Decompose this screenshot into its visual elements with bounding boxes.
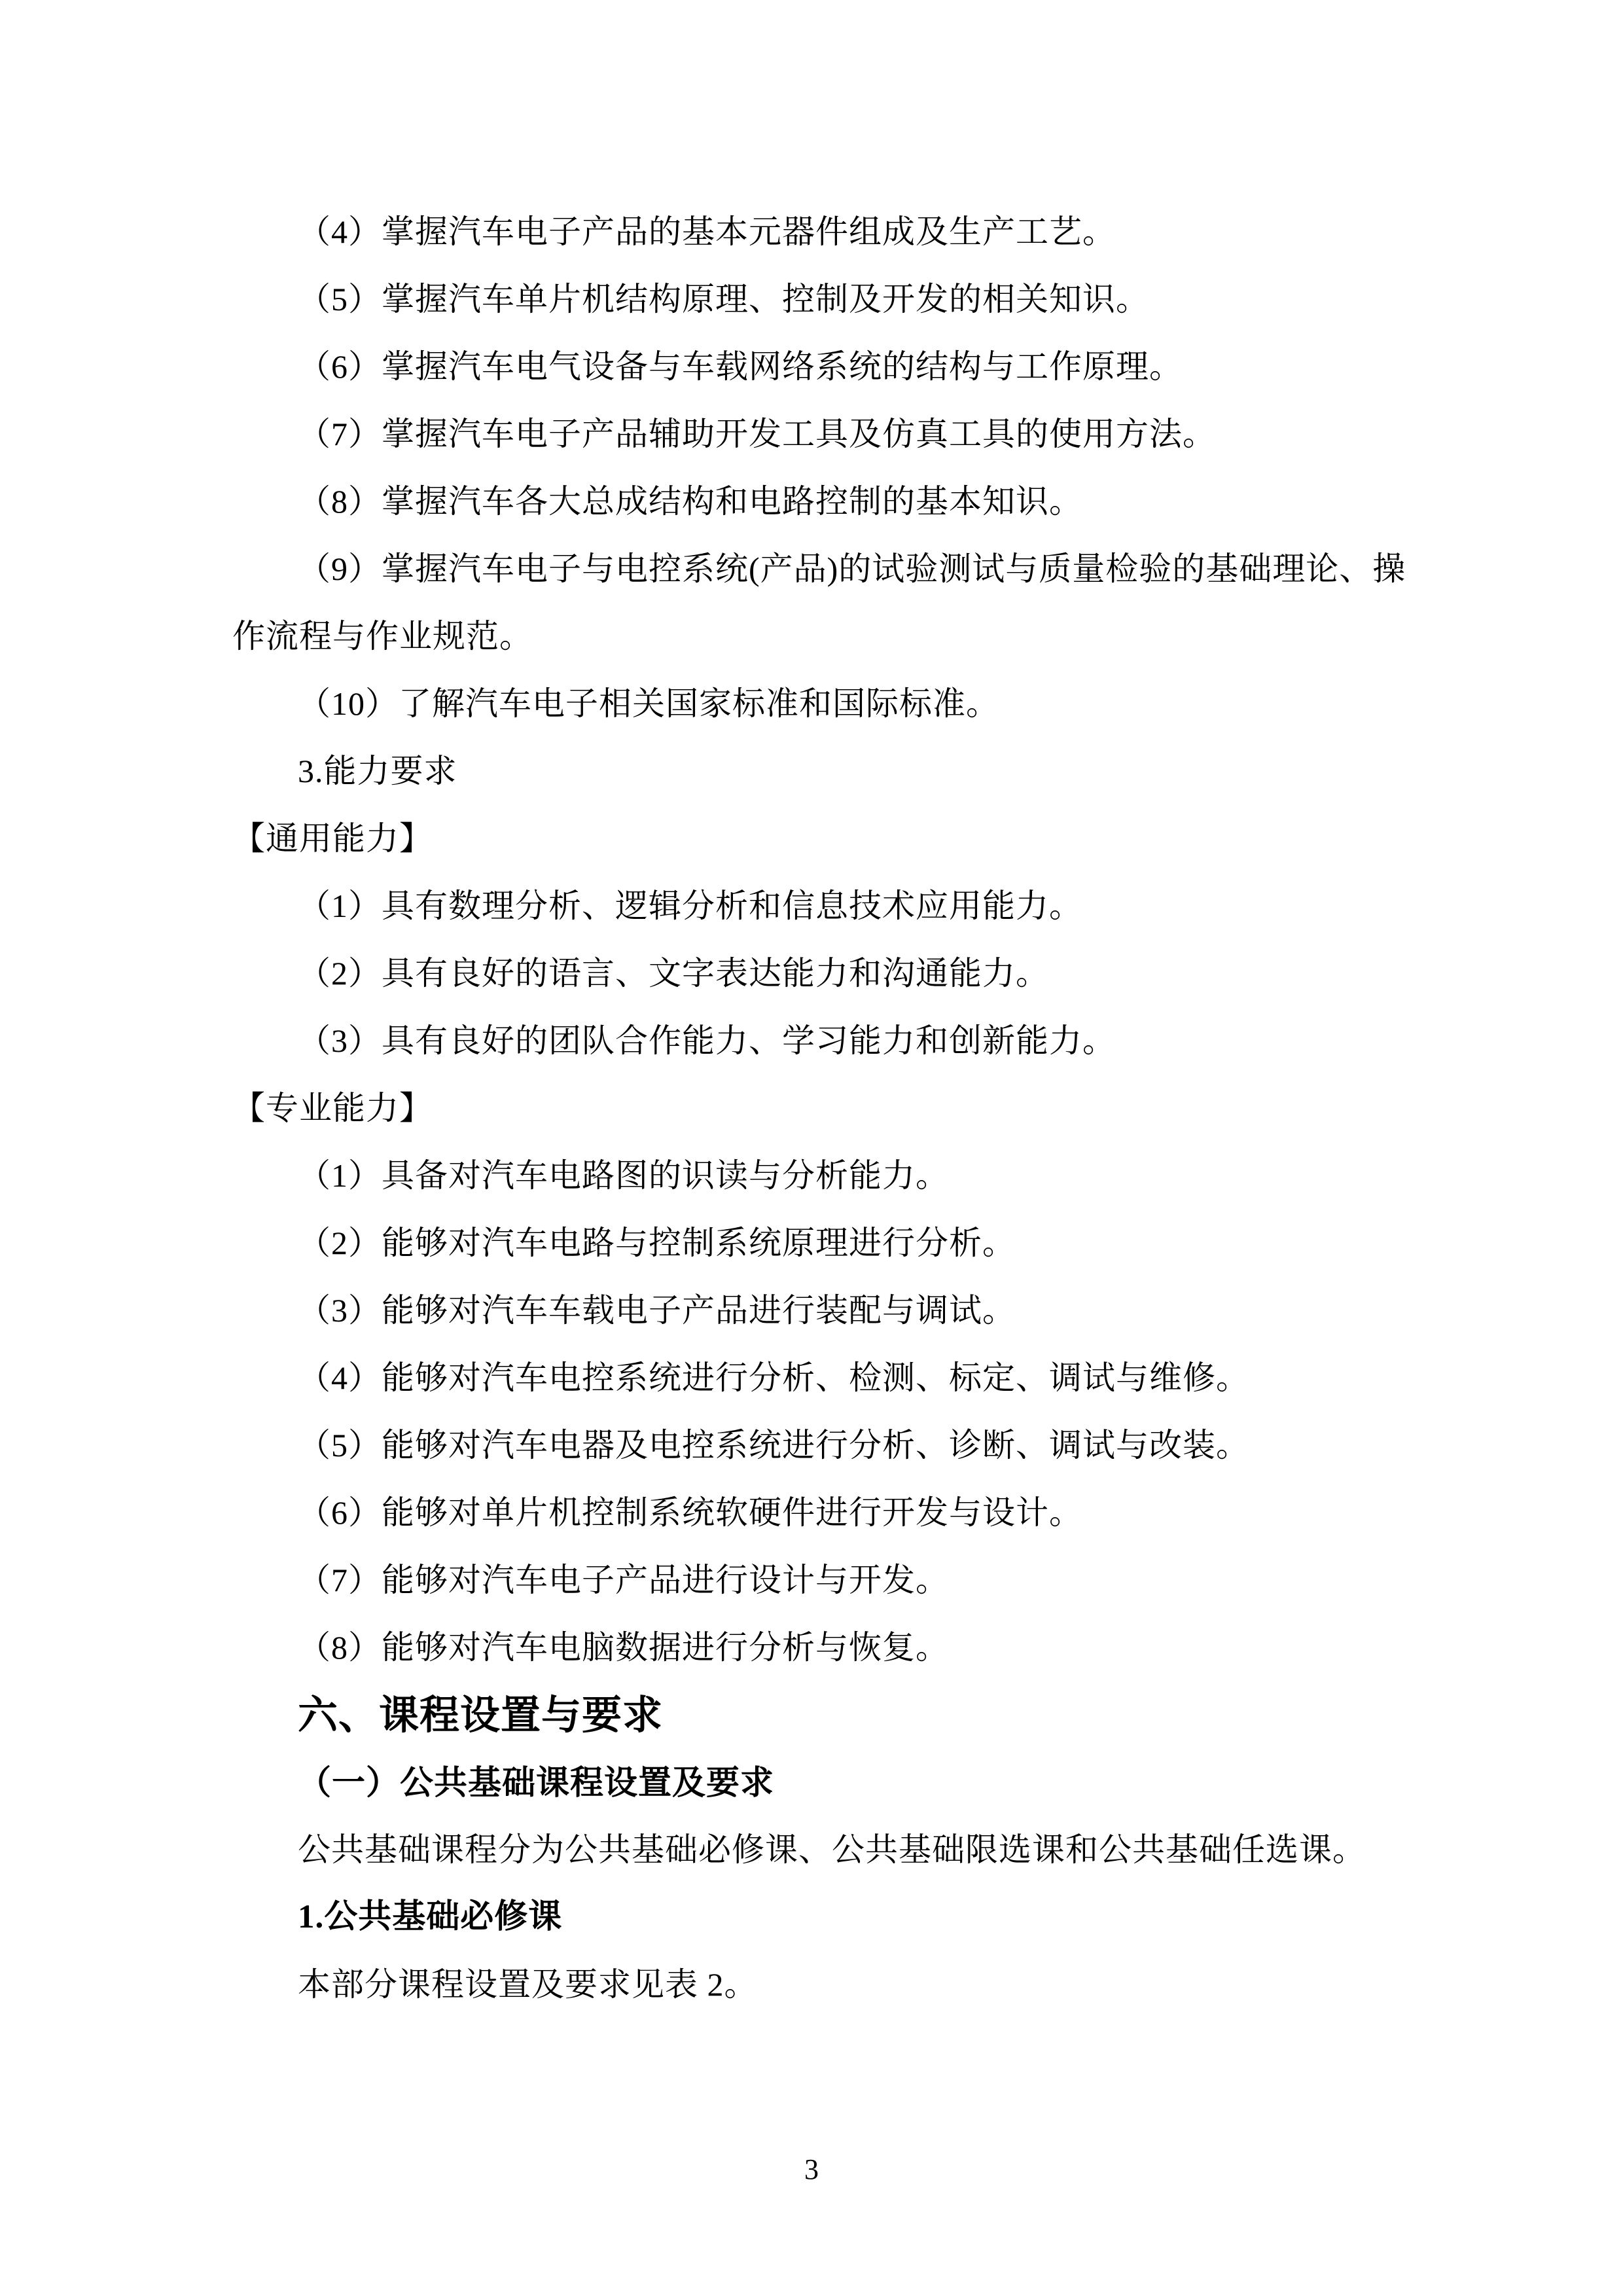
knowledge-item-8: （8）掌握汽车各大总成结构和电路控制的基本知识。 [232,468,1430,535]
general-ability-label: 【通用能力】 [232,805,1430,872]
professional-ability-item-5: （5）能够对汽车电器及电控系统进行分析、诊断、调试与改装。 [232,1412,1430,1479]
general-ability-item-1: （1）具有数理分析、逻辑分析和信息技术应用能力。 [232,872,1430,940]
professional-ability-item-1: （1）具备对汽车电路图的识读与分析能力。 [232,1142,1430,1210]
knowledge-item-9-line-2: 作流程与作业规范。 [232,603,1430,670]
knowledge-item-10: （10）了解汽车电子相关国家标准和国际标准。 [232,670,1430,738]
subsection-heading-public-basic-courses: （一）公共基础课程设置及要求 [232,1749,1430,1816]
professional-ability-item-8: （8）能够对汽车电脑数据进行分析与恢复。 [232,1614,1430,1681]
document-body: （4）掌握汽车电子产品的基本元器件组成及生产工艺。 （5）掌握汽车单片机结构原理… [232,198,1430,2018]
professional-ability-item-7: （7）能够对汽车电子产品进行设计与开发。 [232,1547,1430,1614]
professional-ability-label: 【专业能力】 [232,1075,1430,1142]
document-page: （4）掌握汽车电子产品的基本元器件组成及生产工艺。 （5）掌握汽车单片机结构原理… [0,0,1623,2296]
knowledge-item-5: （5）掌握汽车单片机结构原理、控制及开发的相关知识。 [232,266,1430,333]
knowledge-item-6: （6）掌握汽车电气设备与车载网络系统的结构与工作原理。 [232,333,1430,401]
knowledge-item-4: （4）掌握汽车电子产品的基本元器件组成及生产工艺。 [232,198,1430,266]
general-ability-item-3: （3）具有良好的团队合作能力、学习能力和创新能力。 [232,1007,1430,1075]
table-reference-note: 本部分课程设置及要求见表 2。 [232,1951,1430,2018]
page-number: 3 [0,2147,1623,2193]
professional-ability-item-4: （4）能够对汽车电控系统进行分析、检测、标定、调试与维修。 [232,1344,1430,1412]
subsubsection-heading-required-courses: 1.公共基础必修课 [232,1884,1430,1951]
professional-ability-item-2: （2）能够对汽车电路与控制系统原理进行分析。 [232,1210,1430,1277]
public-basic-courses-intro: 公共基础课程分为公共基础必修课、公共基础限选课和公共基础任选课。 [232,1816,1430,1884]
professional-ability-item-3: （3）能够对汽车车载电子产品进行装配与调试。 [232,1277,1430,1344]
knowledge-item-7: （7）掌握汽车电子产品辅助开发工具及仿真工具的使用方法。 [232,401,1430,468]
general-ability-item-2: （2）具有良好的语言、文字表达能力和沟通能力。 [232,940,1430,1007]
professional-ability-item-6: （6）能够对单片机控制系统软硬件进行开发与设计。 [232,1479,1430,1547]
section-heading-course-setup: 六、课程设置与要求 [232,1681,1430,1749]
ability-heading: 3.能力要求 [232,738,1430,805]
knowledge-item-9-line-1: （9）掌握汽车电子与电控系统(产品)的试验测试与质量检验的基础理论、操 [232,535,1430,603]
